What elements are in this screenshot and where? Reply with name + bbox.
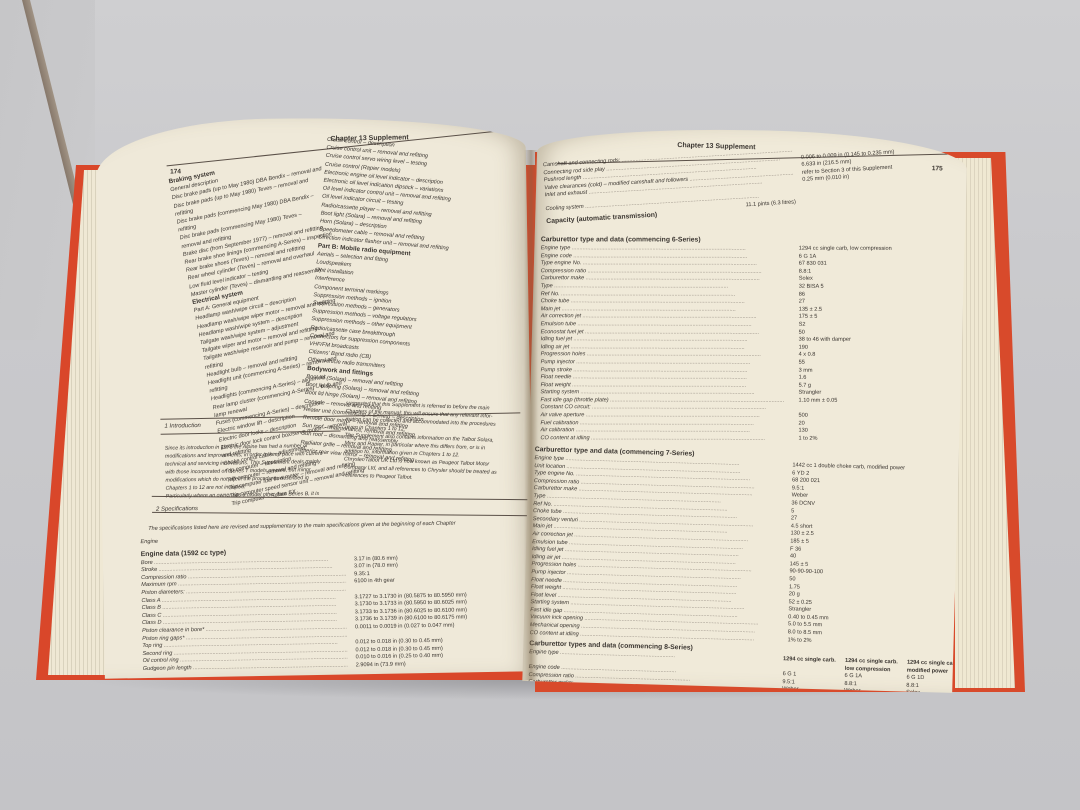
spec-value: Strangler	[791, 390, 822, 398]
spec-value	[346, 586, 354, 594]
spec-value	[791, 405, 799, 413]
page-number: 174	[170, 168, 181, 175]
spec-value: 86	[791, 291, 805, 299]
specifications-intro: The specifications listed here are revis…	[148, 520, 455, 533]
spec-value: 6100 in 4th gear	[346, 578, 395, 586]
section-1-title: 1 Introduction	[164, 423, 200, 430]
section-rule	[152, 512, 532, 516]
spec-value: 4 x 0.8	[791, 352, 816, 360]
spec-value: Solex	[791, 276, 813, 284]
spec-value: 1294 cc single carb, low compression	[791, 246, 892, 254]
spec-value: 190	[791, 344, 808, 352]
spec-value: 20	[791, 420, 805, 428]
spec-value: 1 to 2%	[790, 436, 817, 444]
spec-value: 50	[791, 329, 805, 337]
spec-value: 27	[791, 299, 805, 307]
spec-value: 500	[791, 413, 808, 421]
page-number: 175	[932, 165, 943, 172]
left-page[interactable]: Chapter 13 Supplement 174 Braking system…	[95, 114, 535, 678]
spec-group: Engine	[140, 533, 465, 546]
camshaft-specs: Camshaft and connecting rods: Connecting…	[543, 141, 898, 227]
carburettor-6-series: Carburettor type and data (commencing 6-…	[540, 232, 891, 443]
carb6-title: Carburettor type and data (commencing 6-…	[541, 236, 892, 244]
spec-value: 130	[790, 428, 807, 436]
spec-value: 32 BISA 5	[791, 284, 824, 292]
spec-label: CO content at idling	[540, 435, 790, 443]
spec-value: 3 mm	[791, 367, 813, 375]
spec-value: S2	[791, 322, 806, 330]
spec-row: CO content at idling1 to 2%	[540, 435, 891, 443]
spec-value: 6 G 1A	[791, 253, 816, 261]
spec-value: 175 ± 5	[791, 314, 818, 322]
introduction-column-1: Since its introduction in 1975 the Alpin…	[165, 442, 323, 501]
introduction-column-2: suggested that this Supplement is referr…	[343, 399, 499, 484]
spec-value: 135 ± 2.5	[791, 306, 822, 314]
spec-value: 38 to 46 with damper	[791, 337, 851, 345]
spec-value: 55	[791, 360, 805, 368]
spec-value: 1.10 mm ± 0.05	[791, 398, 838, 406]
cooling-value: 11.1 pints (6.3 litres)	[726, 199, 797, 217]
spec-value: 1.6	[791, 375, 807, 383]
right-page[interactable]: Chapter 13 Supplement 175 Camshaft and c…	[522, 124, 967, 693]
spec-value: 2.9094 in (73.9 mm)	[348, 661, 406, 670]
spec-value: 3.07 in (78.0 mm)	[346, 563, 398, 571]
engine-spec-table: Engine Engine data (1592 cc type) Bore3.…	[140, 533, 468, 673]
spec-value: 5.7 g	[791, 382, 811, 390]
spec-value	[347, 632, 355, 640]
spec-value: 67 830 031	[791, 261, 827, 269]
spec-value: 8.8:1	[791, 268, 811, 276]
carburettor-7-series: Carburettor type and data (commencing 7-…	[530, 442, 906, 648]
book-gutter	[524, 150, 538, 680]
